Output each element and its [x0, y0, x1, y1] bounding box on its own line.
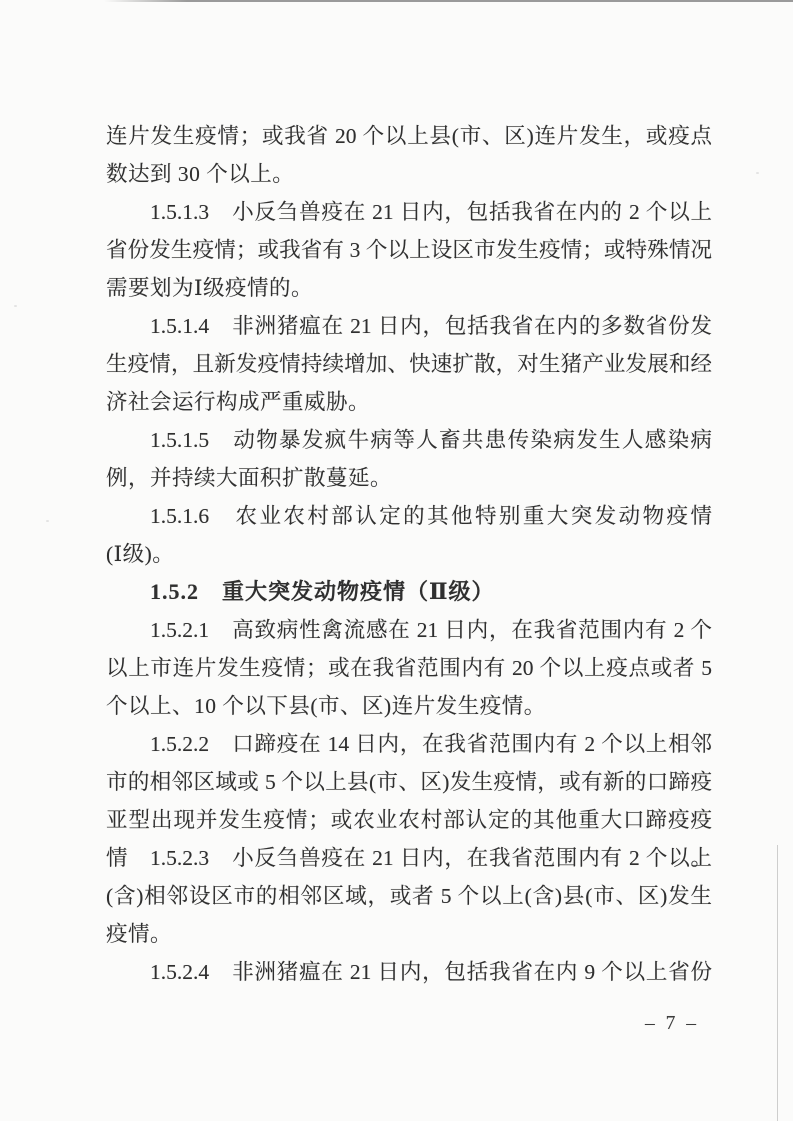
scan-speck	[756, 172, 759, 174]
doc-line-11-para-1-5-1-6: 1.5.1.6 农业农村部认定的其他特别重大突发动物疫情	[106, 497, 712, 535]
doc-line-12: (Ⅰ级)。	[106, 535, 712, 573]
doc-line-22: 疫情。	[106, 915, 712, 953]
doc-line-21: (含)相邻设区市的相邻区域，或者 5 个以上(含)县(市、区)发生	[106, 877, 712, 915]
doc-line-9-para-1-5-1-5: 1.5.1.5 动物暴发疯牛病等人畜共患传染病发生人感染病	[106, 421, 712, 459]
doc-line-16: 个以上、10 个以下县(市、区)连片发生疫情。	[106, 687, 712, 725]
doc-line-15: 以上市连片发生疫情；或在我省范围内有 20 个以上疫点或者 5	[106, 649, 712, 687]
doc-line-4: 省份发生疫情；或我省有 3 个以上设区市发生疫情；或特殊情况	[106, 231, 712, 269]
scan-top-edge-artifact	[104, 0, 793, 2]
doc-line-1: 连片发生疫情；或我省 20 个以上县(市、区)连片发生，或疫点	[106, 117, 712, 155]
doc-line-5: 需要划为Ⅰ级疫情的。	[106, 269, 712, 307]
doc-line-17-para-1-5-2-2: 1.5.2.2 口蹄疫在 14 日内，在我省范围内有 2 个以上相邻	[106, 725, 712, 763]
doc-line-19: 亚型出现并发生疫情；或农业农村部认定的其他重大口蹄疫疫情。	[106, 801, 712, 839]
doc-line-2: 数达到 30 个以上。	[106, 155, 712, 193]
doc-line-8: 济社会运行构成严重威胁。	[106, 383, 712, 421]
doc-line-7: 生疫情，且新发疫情持续增加、快速扩散，对生猪产业发展和经	[106, 345, 712, 383]
doc-line-6-para-1-5-1-4: 1.5.1.4 非洲猪瘟在 21 日内，包括我省在内的多数省份发	[106, 307, 712, 345]
doc-line-3-para-1-5-1-3: 1.5.1.3 小反刍兽疫在 21 日内，包括我省在内的 2 个以上	[106, 193, 712, 231]
scan-speck	[14, 305, 17, 307]
doc-line-23-para-1-5-2-4: 1.5.2.4 非洲猪瘟在 21 日内，包括我省在内 9 个以上省份	[106, 953, 712, 991]
doc-line-20-para-1-5-2-3: 1.5.2.3 小反刍兽疫在 21 日内，在我省范围内有 2 个以上	[106, 839, 712, 877]
document-text-block: 连片发生疫情；或我省 20 个以上县(市、区)连片发生，或疫点 数达到 30 个…	[106, 117, 712, 991]
doc-line-10: 例，并持续大面积扩散蔓延。	[106, 459, 712, 497]
page-number: – 7 –	[645, 1007, 735, 1041]
doc-line-14-para-1-5-2-1: 1.5.2.1 高致病性禽流感在 21 日内，在我省范围内有 2 个	[106, 611, 712, 649]
section-heading-1-5-2: 1.5.2 重大突发动物疫情（Ⅱ级）	[106, 573, 712, 611]
doc-line-18: 市的相邻区域或 5 个以上县(市、区)发生疫情，或有新的口蹄疫	[106, 763, 712, 801]
scan-speck	[46, 520, 49, 522]
scan-right-edge-artifact	[777, 845, 778, 1121]
